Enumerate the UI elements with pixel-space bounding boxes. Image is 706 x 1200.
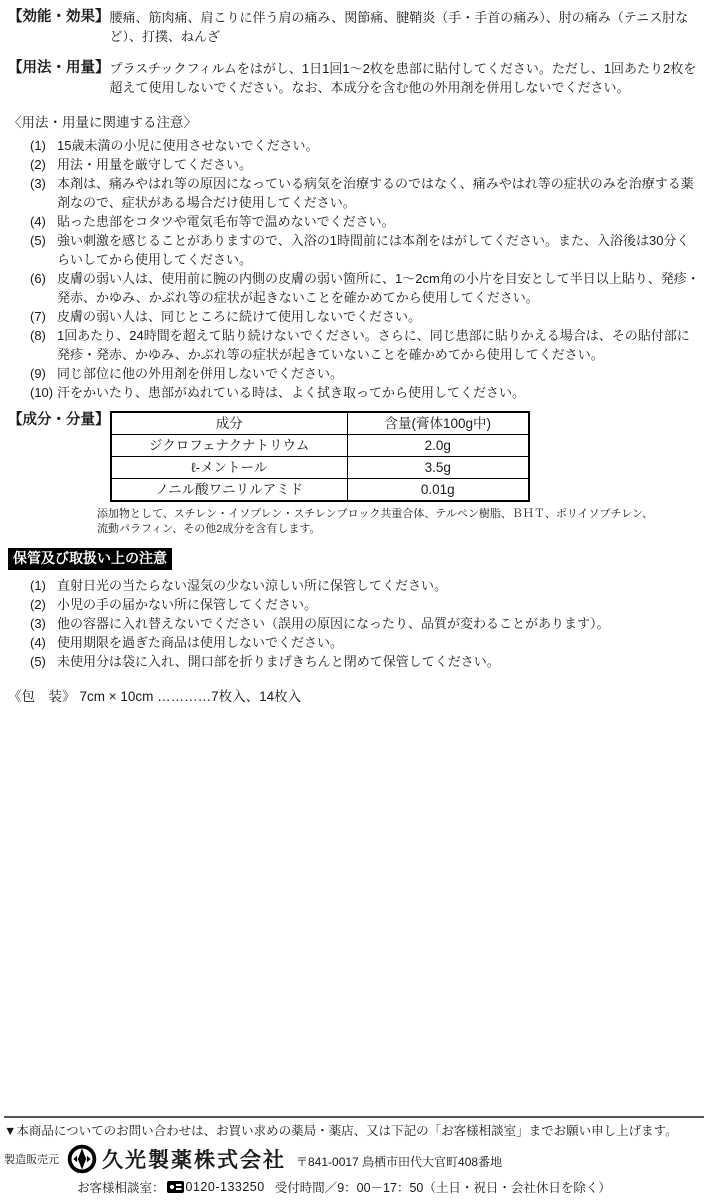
list-item: (5) 未使用分は袋に入れ、開口部を折りまげきちんと閉めて保管してください。: [30, 652, 702, 671]
list-item: (6) 皮膚の弱い人は、使用前に腕の内側の皮膚の弱い箇所に、1～2cm角の小片を…: [30, 269, 702, 307]
list-item: (1) 直射日光の当たらない湿気の少ない涼しい所に保管してください。: [30, 576, 702, 595]
list-item: (1) 15歳未満の小児に使用させないでください。: [30, 136, 702, 155]
list-item-text: 使用期限を過ぎた商品は使用しないでください。: [57, 633, 702, 652]
additives-note: 添加物として、スチレン・イソプレン・スチレンブロック共重合体、テルペン樹脂、ＢＨ…: [97, 507, 662, 537]
customer-service-row: お客様相談室： 0120-133250 受付時間／9：00－17：50（土日・祝…: [77, 1178, 704, 1196]
list-item: (7) 皮膚の弱い人は、同じところに続けて使用しないでください。: [30, 307, 702, 326]
list-item-text: 貼った患部をコタツや電気毛布等で温めないでください。: [57, 212, 702, 231]
list-item-number: (1): [30, 576, 57, 595]
table-row: ℓ-メントール 3.5g: [111, 457, 529, 479]
list-item-number: (3): [30, 614, 57, 633]
list-item-number: (7): [30, 307, 57, 326]
list-item: (3) 他の容器に入れ替えないでください（誤用の原因になったり、品質が変わること…: [30, 614, 702, 633]
table-row: ノニル酸ワニリルアミド 0.01g: [111, 479, 529, 502]
list-item-number: (6): [30, 269, 57, 288]
list-item-text: 未使用分は袋に入れ、開口部を折りまげきちんと閉めて保管してください。: [57, 652, 702, 671]
column-header-amount: 含量(膏体100g中): [348, 412, 529, 435]
list-item: (9) 同じ部位に他の外用剤を併用しないでください。: [30, 364, 702, 383]
manufacturer-label: 製造販売元: [4, 1151, 59, 1167]
efficacy-label: 【効能・効果】: [8, 8, 110, 27]
ingredients-table: 成分 含量(膏体100g中) ジクロフェナクナトリウム 2.0g ℓ-メントール…: [110, 411, 530, 502]
dosage-label: 【用法・用量】: [8, 59, 110, 78]
ingredients-section: 【成分・分量】 成分 含量(膏体100g中) ジクロフェナクナトリウム 2.0g: [8, 411, 702, 502]
footer-divider: [4, 1116, 704, 1118]
list-item-number: (5): [30, 652, 57, 671]
ingredients-table-header-row: 成分 含量(膏体100g中): [111, 412, 529, 435]
manufacturer-row: 製造販売元 久光製薬株式会社 〒841-0017 鳥栖市田代大官町408番地: [4, 1144, 704, 1174]
dosage-precautions-list: (1) 15歳未満の小児に使用させないでください。 (2) 用法・用量を厳守して…: [8, 136, 702, 402]
list-item-text: 皮膚の弱い人は、同じところに続けて使用しないでください。: [57, 307, 702, 326]
ingredient-amount-cell: 3.5g: [348, 457, 529, 479]
dosage-section: 【用法・用量】 プラスチックフィルムをはがし、1日1回1～2枚を患部に貼付してく…: [8, 59, 702, 97]
list-item-text: 1回あたり、24時間を超えて貼り続けないでください。さらに、同じ患部に貼りかえる…: [57, 326, 702, 364]
customer-service-label: お客様相談室：: [77, 1178, 165, 1196]
phone-number: 0120-133250: [186, 1180, 265, 1194]
list-item-text: 15歳未満の小児に使用させないでください。: [57, 136, 702, 155]
list-item-number: (4): [30, 212, 57, 231]
column-header-ingredient: 成分: [111, 412, 348, 435]
list-item-number: (10): [30, 383, 57, 402]
list-item-text: 汗をかいたり、患部がぬれている時は、よく拭き取ってから使用してください。: [57, 383, 702, 402]
service-hours: 受付時間／9：00－17：50（土日・祝日・会社休日を除く）: [275, 1178, 611, 1196]
list-item-text: 強い刺激を感じることがありますので、入浴の1時間前には本剤をはがしてください。ま…: [57, 231, 702, 269]
storage-heading: 保管及び取扱い上の注意: [8, 548, 172, 570]
list-item-number: (3): [30, 174, 57, 193]
list-item: (10) 汗をかいたり、患部がぬれている時は、よく拭き取ってから使用してください…: [30, 383, 702, 402]
list-item: (2) 小児の手の届かない所に保管してください。: [30, 595, 702, 614]
efficacy-section: 【効能・効果】 腰痛、筋肉痛、肩こりに伴う肩の痛み、関節痛、腱鞘炎（手・手首の痛…: [8, 8, 702, 46]
dosage-text: プラスチックフィルムをはがし、1日1回1～2枚を患部に貼付してください。ただし、…: [110, 59, 703, 97]
list-item-number: (9): [30, 364, 57, 383]
storage-list: (1) 直射日光の当たらない湿気の少ない涼しい所に保管してください。 (2) 小…: [8, 576, 702, 671]
list-item-number: (4): [30, 633, 57, 652]
inquiry-note: ▼本商品についてのお問い合わせは、お買い求めの薬局・薬店、又は下記の「お客様相談…: [4, 1123, 704, 1140]
package-insert-page: 【効能・効果】 腰痛、筋肉痛、肩こりに伴う肩の痛み、関節痛、腱鞘炎（手・手首の痛…: [0, 0, 706, 1200]
list-item-text: 用法・用量を厳守してください。: [57, 155, 702, 174]
list-item-text: 直射日光の当たらない湿気の少ない涼しい所に保管してください。: [57, 576, 702, 595]
list-item-text: 他の容器に入れ替えないでください（誤用の原因になったり、品質が変わることがありま…: [57, 614, 702, 633]
ingredient-amount-cell: 2.0g: [348, 435, 529, 457]
packaging-text: 7cm × 10cm …………7枚入、14枚入: [80, 689, 302, 704]
list-item-number: (8): [30, 326, 57, 345]
list-item-number: (2): [30, 595, 57, 614]
list-item-text: 皮膚の弱い人は、使用前に腕の内側の皮膚の弱い箇所に、1～2cm角の小片を目安とし…: [57, 269, 702, 307]
list-item-number: (2): [30, 155, 57, 174]
table-row: ジクロフェナクナトリウム 2.0g: [111, 435, 529, 457]
list-item: (5) 強い刺激を感じることがありますので、入浴の1時間前には本剤をはがしてくだ…: [30, 231, 702, 269]
list-item: (3) 本剤は、痛みやはれ等の原因になっている病気を治療するのではなく、痛みやは…: [30, 174, 702, 212]
list-item: (8) 1回あたり、24時間を超えて貼り続けないでください。さらに、同じ患部に貼…: [30, 326, 702, 364]
ingredient-name-cell: ℓ-メントール: [111, 457, 348, 479]
freedial-icon: [167, 1181, 184, 1193]
ingredient-name-cell: ジクロフェナクナトリウム: [111, 435, 348, 457]
ingredients-label: 【成分・分量】: [8, 411, 110, 430]
company-address: 〒841-0017 鳥栖市田代大官町408番地: [296, 1149, 502, 1170]
dosage-precautions-heading: 〈用法・用量に関連する注意〉: [8, 114, 702, 132]
list-item-text: 同じ部位に他の外用剤を併用しないでください。: [57, 364, 702, 383]
footer: ▼本商品についてのお問い合わせは、お買い求めの薬局・薬店、又は下記の「お客様相談…: [0, 1116, 706, 1196]
ingredient-amount-cell: 0.01g: [348, 479, 529, 502]
list-item-number: (5): [30, 231, 57, 250]
efficacy-text: 腰痛、筋肉痛、肩こりに伴う肩の痛み、関節痛、腱鞘炎（手・手首の痛み）、肘の痛み（…: [110, 8, 703, 46]
company-name: 久光製薬株式会社: [102, 1144, 286, 1174]
hisamitsu-mark-icon: [67, 1144, 97, 1174]
list-item-text: 本剤は、痛みやはれ等の原因になっている病気を治療するのではなく、痛みやはれ等の症…: [57, 174, 702, 212]
packaging-label: 《包 装》: [8, 689, 76, 704]
storage-heading-box: 保管及び取扱い上の注意: [8, 548, 702, 570]
list-item-number: (1): [30, 136, 57, 155]
list-item: (2) 用法・用量を厳守してください。: [30, 155, 702, 174]
ingredient-name-cell: ノニル酸ワニリルアミド: [111, 479, 348, 502]
packaging-section: 《包 装》7cm × 10cm …………7枚入、14枚入: [8, 688, 702, 706]
list-item: (4) 使用期限を過ぎた商品は使用しないでください。: [30, 633, 702, 652]
list-item-text: 小児の手の届かない所に保管してください。: [57, 595, 702, 614]
list-item: (4) 貼った患部をコタツや電気毛布等で温めないでください。: [30, 212, 702, 231]
